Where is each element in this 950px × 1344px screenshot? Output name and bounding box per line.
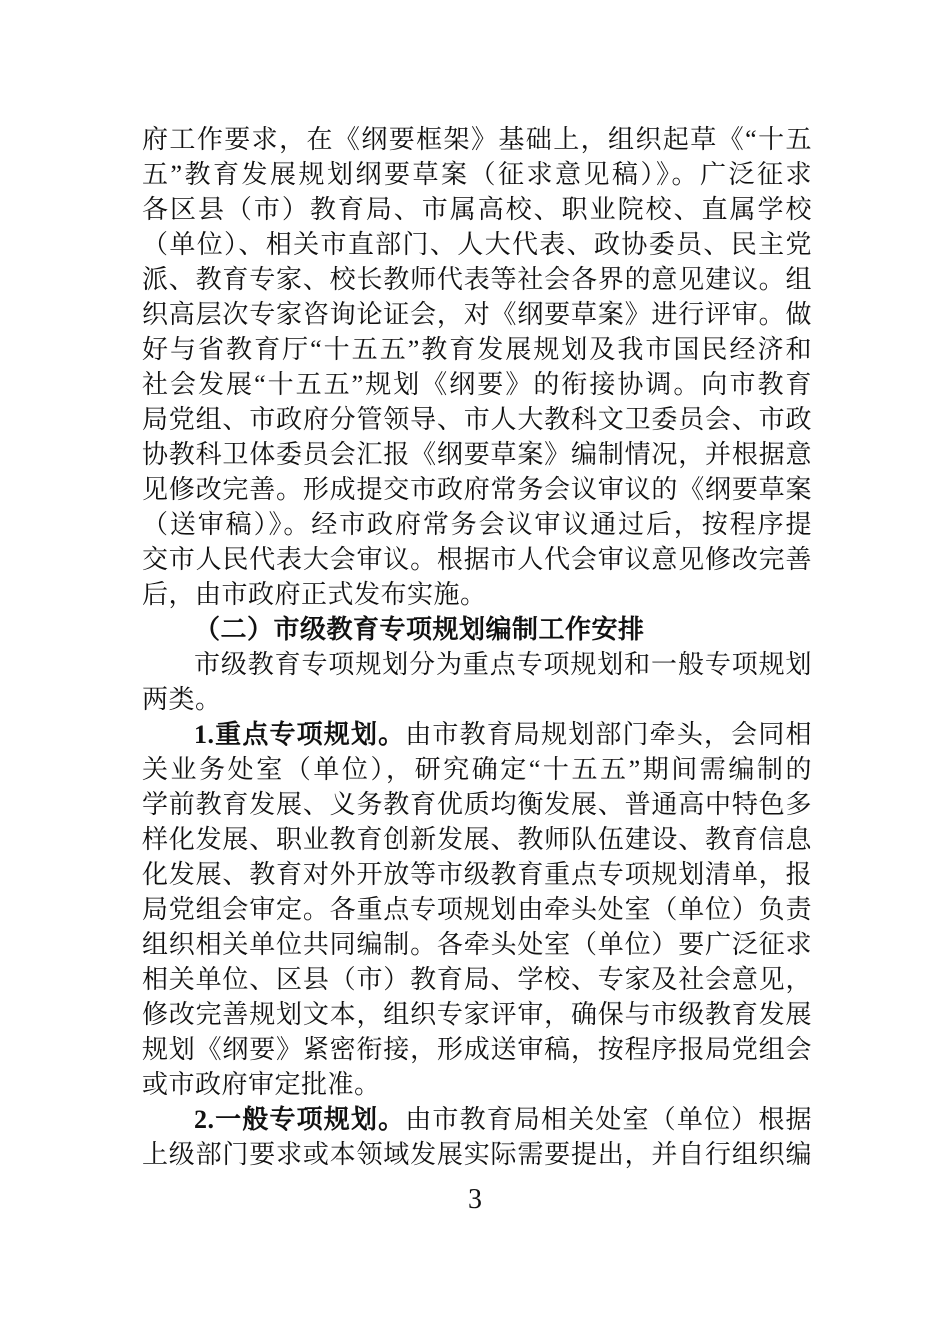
doc-line: 两类。 bbox=[142, 682, 812, 717]
doc-line: 局党组、市政府分管领导、市人大教科文卫委员会、市政 bbox=[142, 402, 812, 437]
doc-line-text: 由市教育局规划部门牵头，会同相 bbox=[405, 720, 812, 749]
doc-line: 样化发展、职业教育创新发展、教师队伍建设、教育信息 bbox=[142, 822, 812, 857]
document-body: 府工作要求，在《纲要框架》基础上，组织起草《“十五 五”教育发展规划纲要草案（征… bbox=[142, 122, 812, 1172]
numbered-item-title: 1.重点专项规划。 bbox=[194, 720, 405, 749]
doc-line: 后，由市政府正式发布实施。 bbox=[142, 577, 812, 612]
doc-line: 或市政府审定批准。 bbox=[142, 1067, 812, 1102]
numbered-item-title: 2.一般专项规划。 bbox=[194, 1105, 405, 1134]
doc-line: 市级教育专项规划分为重点专项规划和一般专项规划 bbox=[142, 647, 812, 682]
doc-line: 派、教育专家、校长教师代表等社会各界的意见建议。组 bbox=[142, 262, 812, 297]
doc-line: 组织相关单位共同编制。各牵头处室（单位）要广泛征求 bbox=[142, 927, 812, 962]
doc-line-text: 由市教育局相关处室（单位）根据 bbox=[405, 1105, 812, 1134]
doc-line: 化发展、教育对外开放等市级教育重点专项规划清单，报 bbox=[142, 857, 812, 892]
section-heading: （二）市级教育专项规划编制工作安排 bbox=[142, 612, 812, 647]
doc-line: 协教科卫体委员会汇报《纲要草案》编制情况，并根据意 bbox=[142, 437, 812, 472]
document-page: { "doc": { "page_number": "3", "lines": … bbox=[0, 0, 950, 1344]
doc-line: 见修改完善。形成提交市政府常务会议审议的《纲要草案 bbox=[142, 472, 812, 507]
doc-line: 局党组会审定。各重点专项规划由牵头处室（单位）负责 bbox=[142, 892, 812, 927]
page-number: 3 bbox=[0, 1182, 950, 1217]
doc-line: 学前教育发展、义务教育优质均衡发展、普通高中特色多 bbox=[142, 787, 812, 822]
doc-line: 织高层次专家咨询论证会，对《纲要草案》进行评审。做 bbox=[142, 297, 812, 332]
doc-line: 上级部门要求或本领域发展实际需要提出，并自行组织编 bbox=[142, 1137, 812, 1172]
doc-line: 修改完善规划文本，组织专家评审，确保与市级教育发展 bbox=[142, 997, 812, 1032]
doc-line: 社会发展“十五五”规划《纲要》的衔接协调。向市教育 bbox=[142, 367, 812, 402]
doc-line: 好与省教育厅“十五五”教育发展规划及我市国民经济和 bbox=[142, 332, 812, 367]
doc-line: 关业务处室（单位），研究确定“十五五”期间需编制的 bbox=[142, 752, 812, 787]
doc-line: （送审稿）》。经市政府常务会议审议通过后，按程序提 bbox=[142, 507, 812, 542]
doc-line: 2.一般专项规划。由市教育局相关处室（单位）根据 bbox=[142, 1102, 812, 1137]
doc-line: 相关单位、区县（市）教育局、学校、专家及社会意见， bbox=[142, 962, 812, 997]
doc-line: 规划《纲要》紧密衔接，形成送审稿，按程序报局党组会 bbox=[142, 1032, 812, 1067]
doc-line: 府工作要求，在《纲要框架》基础上，组织起草《“十五 bbox=[142, 122, 812, 157]
doc-line: 五”教育发展规划纲要草案（征求意见稿）》。广泛征求 bbox=[142, 157, 812, 192]
doc-line: 各区县（市）教育局、市属高校、职业院校、直属学校 bbox=[142, 192, 812, 227]
doc-line: （单位）、相关市直部门、人大代表、政协委员、民主党 bbox=[142, 227, 812, 262]
doc-line: 1.重点专项规划。由市教育局规划部门牵头，会同相 bbox=[142, 717, 812, 752]
doc-line: 交市人民代表大会审议。根据市人代会审议意见修改完善 bbox=[142, 542, 812, 577]
